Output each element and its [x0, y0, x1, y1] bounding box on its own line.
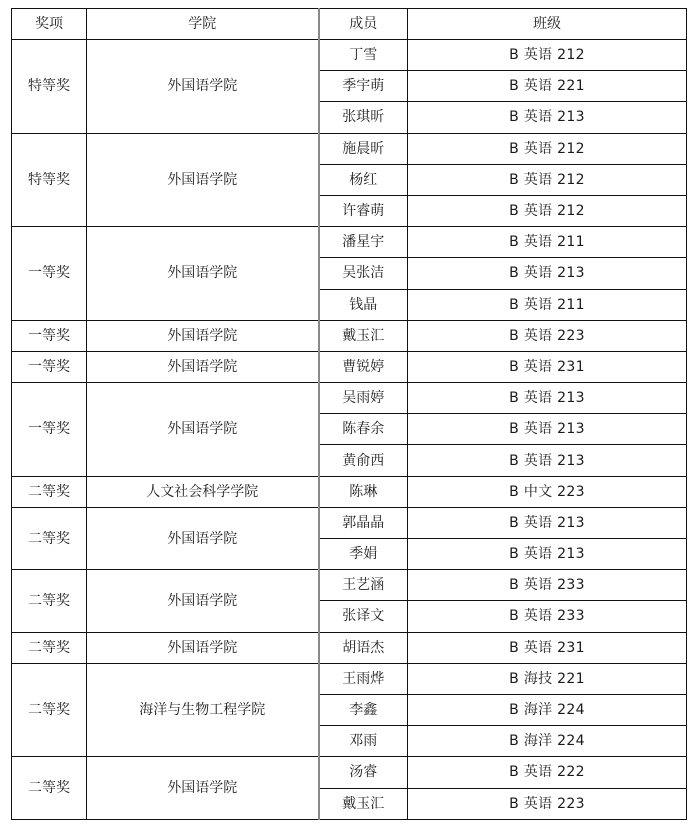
member-cell: 张琪昕	[319, 102, 408, 133]
member-cell: 潘星宇	[319, 227, 408, 258]
member-cell: 张译文	[319, 601, 408, 632]
class-cell: B 英语 233	[408, 601, 687, 632]
college-cell: 外国语学院	[87, 40, 319, 134]
class-cell: B 英语 212	[408, 164, 687, 195]
table-body: 特等奖外国语学院丁雪B 英语 212季宇萌B 英语 221张琪昕B 英语 213…	[12, 40, 687, 820]
award-cell: 二等奖	[12, 476, 87, 507]
class-cell: B 英语 231	[408, 351, 687, 382]
class-cell: B 海技 221	[408, 663, 687, 694]
member-cell: 陈春余	[319, 414, 408, 445]
member-cell: 汤睿	[319, 757, 408, 788]
award-cell: 一等奖	[12, 383, 87, 477]
class-cell: B 英语 231	[408, 632, 687, 663]
member-cell: 郭晶晶	[319, 507, 408, 538]
member-cell: 胡语杰	[319, 632, 408, 663]
member-cell: 许睿萌	[319, 195, 408, 226]
class-cell: B 英语 233	[408, 570, 687, 601]
header-member: 成员	[319, 9, 408, 40]
class-cell: B 英语 211	[408, 227, 687, 258]
class-cell: B 英语 223	[408, 320, 687, 351]
class-cell: B 英语 213	[408, 539, 687, 570]
college-cell: 人文社会科学学院	[87, 476, 319, 507]
member-cell: 戴玉汇	[319, 320, 408, 351]
header-row: 奖项 学院 成员 班级	[12, 9, 687, 40]
member-cell: 王雨烨	[319, 663, 408, 694]
class-cell: B 英语 213	[408, 507, 687, 538]
table-row: 一等奖外国语学院吴雨婷B 英语 213	[12, 383, 687, 414]
member-cell: 戴玉汇	[319, 788, 408, 819]
member-cell: 王艺涵	[319, 570, 408, 601]
class-cell: B 英语 213	[408, 102, 687, 133]
award-cell: 二等奖	[12, 507, 87, 569]
class-cell: B 英语 213	[408, 383, 687, 414]
award-cell: 二等奖	[12, 632, 87, 663]
table-row: 二等奖外国语学院胡语杰B 英语 231	[12, 632, 687, 663]
member-cell: 吴雨婷	[319, 383, 408, 414]
class-cell: B 英语 222	[408, 757, 687, 788]
table-row: 二等奖人文社会科学学院陈琳B 中文 223	[12, 476, 687, 507]
member-cell: 邓雨	[319, 726, 408, 757]
member-cell: 钱晶	[319, 289, 408, 320]
member-cell: 季宇萌	[319, 71, 408, 102]
class-cell: B 英语 223	[408, 788, 687, 819]
class-cell: B 英语 221	[408, 71, 687, 102]
college-cell: 外国语学院	[87, 383, 319, 477]
class-cell: B 英语 213	[408, 258, 687, 289]
award-cell: 特等奖	[12, 40, 87, 134]
table-row: 二等奖外国语学院汤睿B 英语 222	[12, 757, 687, 788]
award-cell: 二等奖	[12, 757, 87, 819]
member-cell: 李鑫	[319, 694, 408, 725]
college-cell: 外国语学院	[87, 632, 319, 663]
table-row: 一等奖外国语学院曹锐婷B 英语 231	[12, 351, 687, 382]
class-cell: B 英语 212	[408, 195, 687, 226]
class-cell: B 英语 211	[408, 289, 687, 320]
class-cell: B 英语 212	[408, 40, 687, 71]
member-cell: 季娟	[319, 539, 408, 570]
college-cell: 外国语学院	[87, 320, 319, 351]
college-cell: 外国语学院	[87, 133, 319, 227]
table-row: 二等奖外国语学院王艺涵B 英语 233	[12, 570, 687, 601]
member-cell: 陈琳	[319, 476, 408, 507]
table-row: 特等奖外国语学院施晨昕B 英语 212	[12, 133, 687, 164]
class-cell: B 英语 212	[408, 133, 687, 164]
college-cell: 外国语学院	[87, 757, 319, 819]
awards-table: 奖项 学院 成员 班级 特等奖外国语学院丁雪B 英语 212季宇萌B 英语 22…	[11, 8, 687, 820]
table-row: 一等奖外国语学院戴玉汇B 英语 223	[12, 320, 687, 351]
college-cell: 海洋与生物工程学院	[87, 663, 319, 757]
award-cell: 二等奖	[12, 570, 87, 632]
award-cell: 二等奖	[12, 663, 87, 757]
member-cell: 施晨昕	[319, 133, 408, 164]
member-cell: 杨红	[319, 164, 408, 195]
college-cell: 外国语学院	[87, 507, 319, 569]
member-cell: 吴张洁	[319, 258, 408, 289]
class-cell: B 英语 213	[408, 445, 687, 476]
college-cell: 外国语学院	[87, 351, 319, 382]
header-class: 班级	[408, 9, 687, 40]
college-cell: 外国语学院	[87, 570, 319, 632]
award-cell: 一等奖	[12, 351, 87, 382]
award-cell: 一等奖	[12, 227, 87, 321]
award-cell: 特等奖	[12, 133, 87, 227]
table-row: 一等奖外国语学院潘星宇B 英语 211	[12, 227, 687, 258]
class-cell: B 海洋 224	[408, 726, 687, 757]
table-row: 二等奖海洋与生物工程学院王雨烨B 海技 221	[12, 663, 687, 694]
table-row: 二等奖外国语学院郭晶晶B 英语 213	[12, 507, 687, 538]
class-cell: B 海洋 224	[408, 694, 687, 725]
class-cell: B 英语 213	[408, 414, 687, 445]
college-cell: 外国语学院	[87, 227, 319, 321]
member-cell: 丁雪	[319, 40, 408, 71]
header-award: 奖项	[12, 9, 87, 40]
award-cell: 一等奖	[12, 320, 87, 351]
header-college: 学院	[87, 9, 319, 40]
member-cell: 黄俞西	[319, 445, 408, 476]
class-cell: B 中文 223	[408, 476, 687, 507]
member-cell: 曹锐婷	[319, 351, 408, 382]
table-row: 特等奖外国语学院丁雪B 英语 212	[12, 40, 687, 71]
